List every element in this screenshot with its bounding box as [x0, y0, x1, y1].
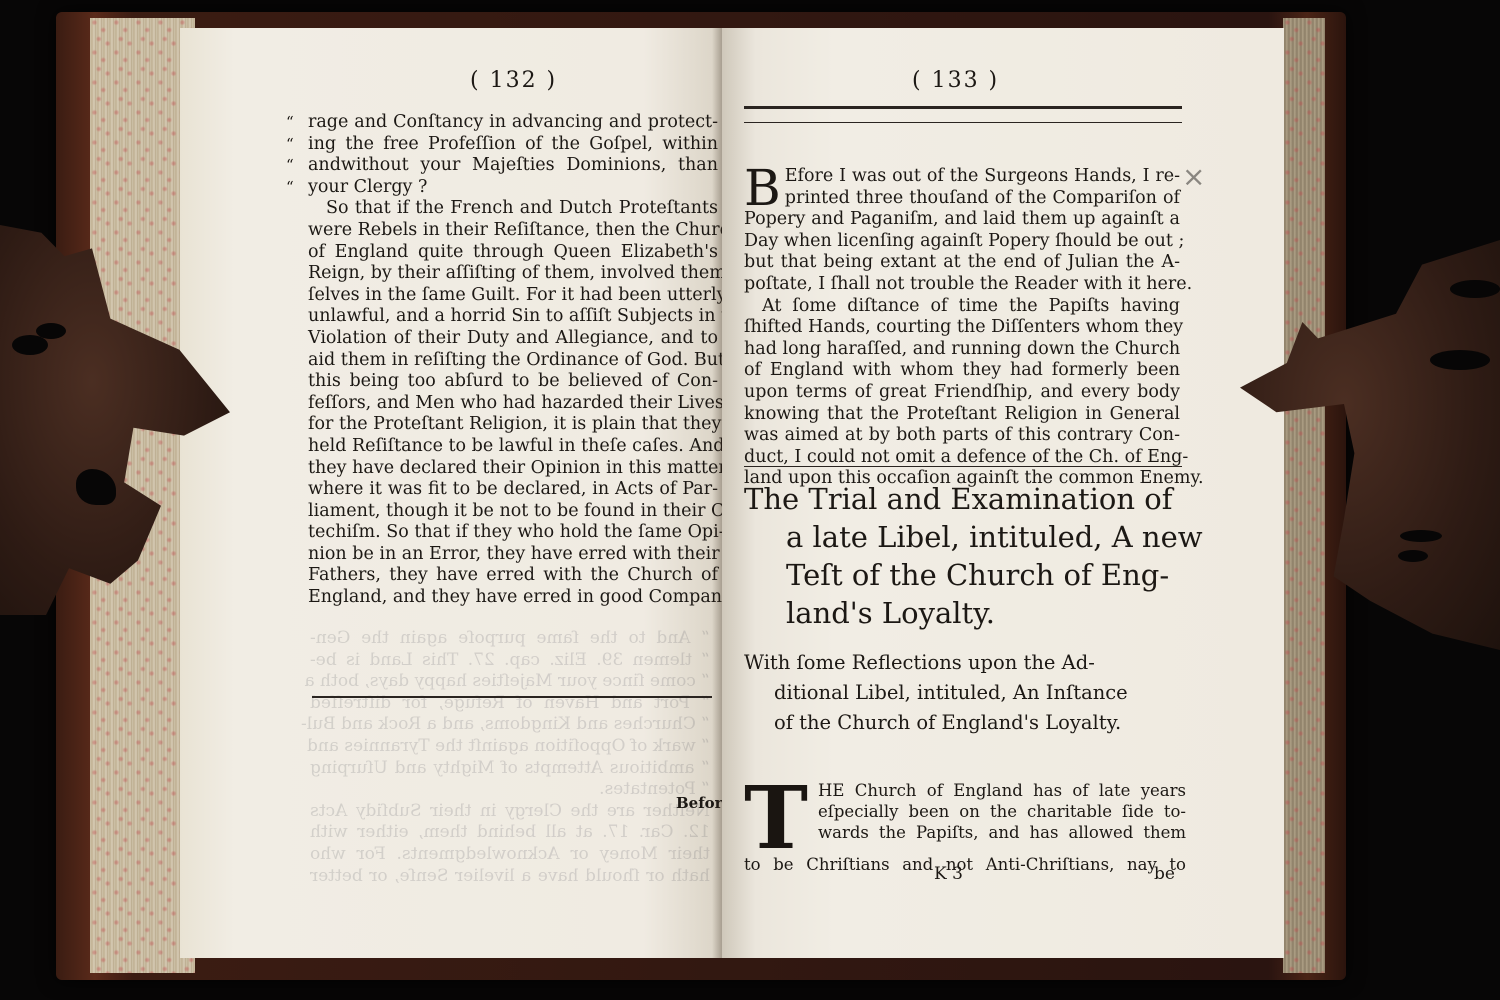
text-line: So that if the French and Dutch Proteſta…	[308, 198, 718, 220]
title-line: Teſt of the Church of Eng-	[744, 556, 1184, 594]
right-page: ( 133 ) × B Efore I was out of the Surge…	[722, 28, 1284, 958]
clamp-hole	[1450, 280, 1500, 298]
clamp-hole	[36, 323, 66, 339]
ghost-line: “ come ſince your Majeſties happy days, …	[310, 671, 710, 693]
ghost-line: “ And to the ſame purpoſe again the Gen-	[310, 628, 710, 650]
text-line: Violation of their Duty and Allegiance, …	[308, 328, 718, 350]
drop-cap: T	[744, 784, 808, 854]
show-through-text: “ And to the ſame purpoſe again the Gen-…	[310, 628, 710, 887]
text-line: but that being extant at the end of Juli…	[744, 252, 1180, 274]
text-line: andwithout your Majeſties Dominions, tha…	[308, 155, 718, 175]
text-line: to be Chriſtians and not Anti-Chriſtians…	[744, 854, 1186, 875]
clamp-hole	[1398, 550, 1428, 562]
text-line: printed three thouſand of the Compariſon…	[744, 188, 1180, 210]
text-line: Reign, by their aſſiſting of them, invol…	[308, 263, 718, 285]
ghost-line: “ Potentates.	[310, 779, 710, 801]
text-line: rage and Conſtancy in advancing and prot…	[308, 112, 718, 132]
double-rule-top	[744, 106, 1182, 109]
section-body: T HE Church of England has of late years…	[744, 780, 1186, 875]
text-line: held Reſiſtance to be lawful in theſe ca…	[308, 436, 718, 458]
ghost-line: “ wark of Oppoſition againſt the Tyranni…	[310, 736, 710, 758]
text-line: had long haraſſed, and running down the …	[744, 339, 1180, 361]
ghost-line: hath or ſhould have a livelier Senſe, or…	[310, 866, 710, 888]
text-line: ſhifted Hands, courting the Diſſenters w…	[744, 317, 1180, 339]
quote-mark: “	[286, 112, 308, 134]
quote-mark: “	[286, 155, 308, 177]
section-rule	[744, 466, 1182, 467]
text-line: of England quite through Queen Elizabeth…	[308, 242, 718, 264]
catchword: be	[1154, 864, 1175, 884]
quote-mark: “	[286, 177, 308, 199]
text-line: poſtate, I ſhall not trouble the Reader …	[744, 274, 1180, 296]
ghost-line: “ Churches and Kingdoms, and a Rock and …	[310, 714, 710, 736]
ghost-line: “ ambitious Attempts of Mighty and Uſurp…	[310, 758, 710, 780]
clamp-hole	[76, 469, 116, 505]
text-line: techiſm. So that if they who hold the ſa…	[308, 522, 718, 544]
book-photo: ( 132 ) “ And to the ſame purpoſe again …	[0, 0, 1500, 1000]
signature-mark: K 3	[934, 864, 963, 884]
subtitle-line: of the Church of England's Loyalty.	[744, 708, 1184, 738]
title-line: The Trial and Examination of	[744, 480, 1184, 518]
text-line: nion be in an Error, they have erred wit…	[308, 544, 718, 566]
clamp-hole	[1430, 350, 1490, 370]
text-line: Popery and Paganiſm, and laid them up ag…	[744, 209, 1180, 231]
left-page: ( 132 ) “ And to the ſame purpoſe again …	[180, 28, 725, 958]
horizontal-rule	[312, 696, 712, 698]
text-line: knowing that the Proteſtant Religion in …	[744, 404, 1180, 426]
text-line: your Clergy ?	[308, 177, 427, 197]
section-subtitle: With ſome Reflections upon the Ad- ditio…	[744, 648, 1184, 738]
text-line: feſſors, and Men who had hazarded their …	[308, 393, 718, 415]
text-line: for the Proteſtant Religion, it is plain…	[308, 414, 718, 436]
text-line: ing the free Profeſſion of the Goſpel, w…	[308, 134, 718, 154]
page-number-right: ( 133 )	[912, 68, 999, 93]
page-edges-right	[1283, 18, 1325, 973]
ghost-line: their Money or Acknowledgments. For who	[310, 844, 710, 866]
subtitle-line: ditional Libel, intituled, An Inſtance	[744, 678, 1184, 708]
text-line: ſelves in the ſame Guilt. For it had bee…	[308, 285, 718, 307]
text-line: Fathers, they have erred with the Church…	[308, 565, 718, 587]
title-line: land's Loyalty.	[744, 594, 1184, 632]
text-line: were Rebels in their Reſiſtance, then th…	[308, 220, 718, 242]
text-line: of England with whom they had formerly b…	[744, 360, 1180, 382]
drop-cap: B	[744, 168, 781, 208]
text-line: Day when licenſing againſt Popery ſhould…	[744, 231, 1180, 253]
text-line: HE Church of England has of late years	[744, 780, 1186, 801]
text-line: eſpecially been on the charitable ſide t…	[744, 801, 1186, 822]
subtitle-line: With ſome Reflections upon the Ad-	[744, 648, 1184, 678]
text-line: where it was fit to be declared, in Acts…	[308, 479, 718, 501]
text-line: they have declared their Opinion in this…	[308, 458, 718, 480]
text-line: Efore I was out of the Surgeons Hands, I…	[744, 166, 1180, 188]
text-line: this being too abſurd to be believed of …	[308, 371, 718, 393]
clamp-hole	[12, 335, 48, 355]
clamp-hole	[1400, 530, 1442, 542]
ghost-line: 12. Car. 17. at all behind them, either …	[310, 822, 710, 844]
double-rule-bottom	[744, 122, 1182, 123]
section-title: The Trial and Examination of a late Libe…	[744, 480, 1184, 632]
intro-text: B Efore I was out of the Surgeons Hands,…	[744, 166, 1180, 490]
text-line: At ſome diſtance of time the Papiſts hav…	[744, 296, 1180, 318]
quote-mark: “	[286, 134, 308, 156]
text-line: aid them in reſiſting the Ordinance of G…	[308, 350, 718, 372]
text-line: unlawful, and a horrid Sin to aſſiſt Sub…	[308, 306, 718, 328]
text-line: was aimed at by both parts of this contr…	[744, 425, 1180, 447]
pencil-mark-icon: ×	[1182, 160, 1205, 193]
text-line: England, and they have erred in good Com…	[308, 587, 718, 609]
title-line: a late Libel, intituled, A new	[744, 518, 1184, 556]
text-line: upon terms of great Friendſhip, and ever…	[744, 382, 1180, 404]
ghost-line: “ tlemen 39. Eliz. cap. 27. This Land is…	[310, 650, 710, 672]
left-page-text: “rage and Conſtancy in advancing and pro…	[308, 112, 718, 609]
page-number-left: ( 132 )	[470, 68, 557, 93]
text-line: wards the Papiſts, and has allowed them	[744, 822, 1186, 843]
text-line: liament, though it be not to be found in…	[308, 501, 718, 523]
ghost-line: Neither are the Clergy in their Subſidy …	[310, 801, 710, 823]
